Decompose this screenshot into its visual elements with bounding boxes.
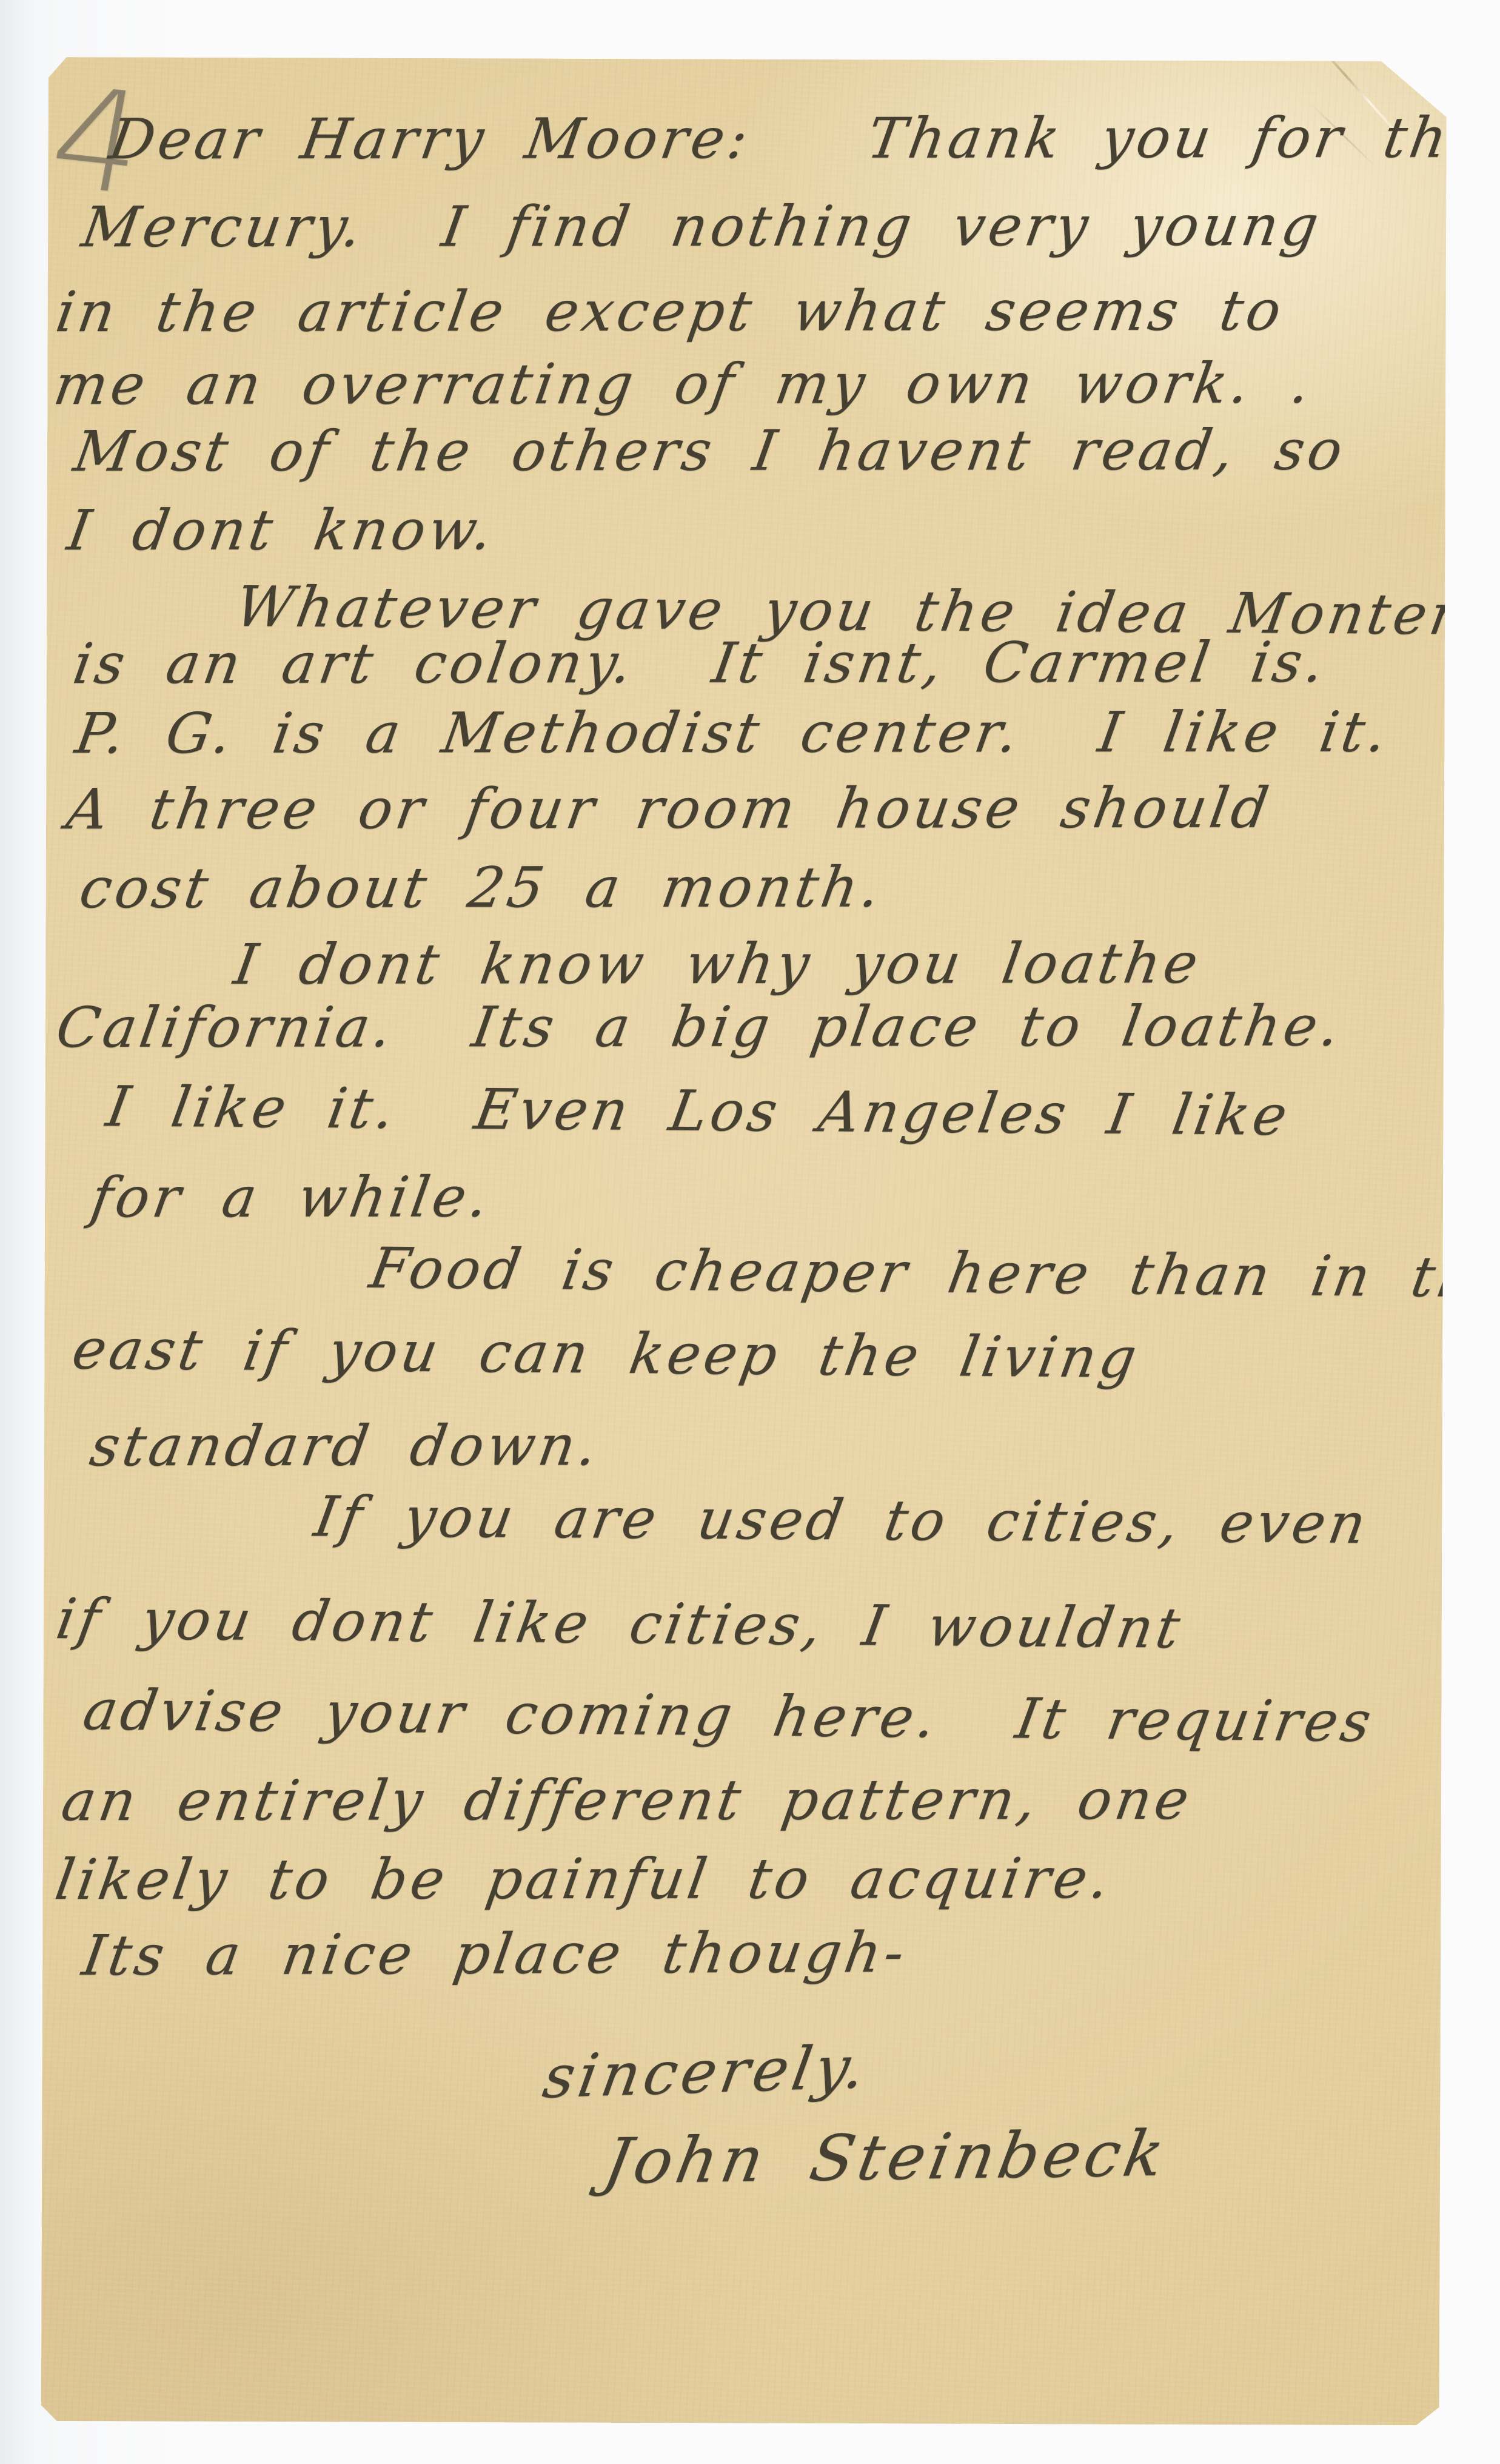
letter-line: in the article except what seems to [53,283,1288,340]
letter-line: Most of the others I havent read, so [70,423,1350,480]
letter-line: likely to be painful to acquire. [52,1851,1116,1908]
letter-line: I dont know. [64,502,499,559]
letter-line: A three or four room house should [63,780,1276,838]
letter-signature: John Steinbeck [600,2122,1173,2193]
letter-line: Mercury. I find nothing very young [78,198,1325,255]
letter-line: advise your coming here. It requires [79,1682,1378,1750]
letter-line: California. Its a big place to loathe. [53,998,1347,1056]
scan-background: { "document": { "kind": "handwritten let… [0,0,1500,2464]
letter-line: east if you can keep the living [69,1321,1143,1386]
letter-page: 4 Dear Harry Moore: Thank you for the Me… [41,57,1447,2425]
letter-line: I dont know why you loathe [230,936,1205,993]
letter-line: for a while. [87,1169,495,1226]
letter-line: an entirely different pattern, one [58,1772,1196,1829]
letter-line: If you are used to cities, even [310,1489,1373,1551]
letter-line: is an art colony. It isnt, Carmel is. [70,635,1331,692]
letter-line: P. G. is a Methodist center. I like it. [72,705,1393,762]
letter-line: Its a nice place though- [79,1925,911,1984]
letter-line: cost about 25 a month. [76,860,887,917]
letter-line: standard down. [87,1418,604,1474]
letter-line-greeting: Dear Harry Moore: Thank you for the [105,110,1490,168]
letter-line: Food is cheaper here than in the [366,1241,1500,1306]
letter-line: me an overrating of my own work. . [50,356,1317,413]
letter-line: I like it. Even Los Angeles I like [102,1079,1294,1144]
letter-line: if you dont like cities, I wouldnt [53,1591,1187,1657]
letter-closing: sincerely. [539,2038,872,2107]
